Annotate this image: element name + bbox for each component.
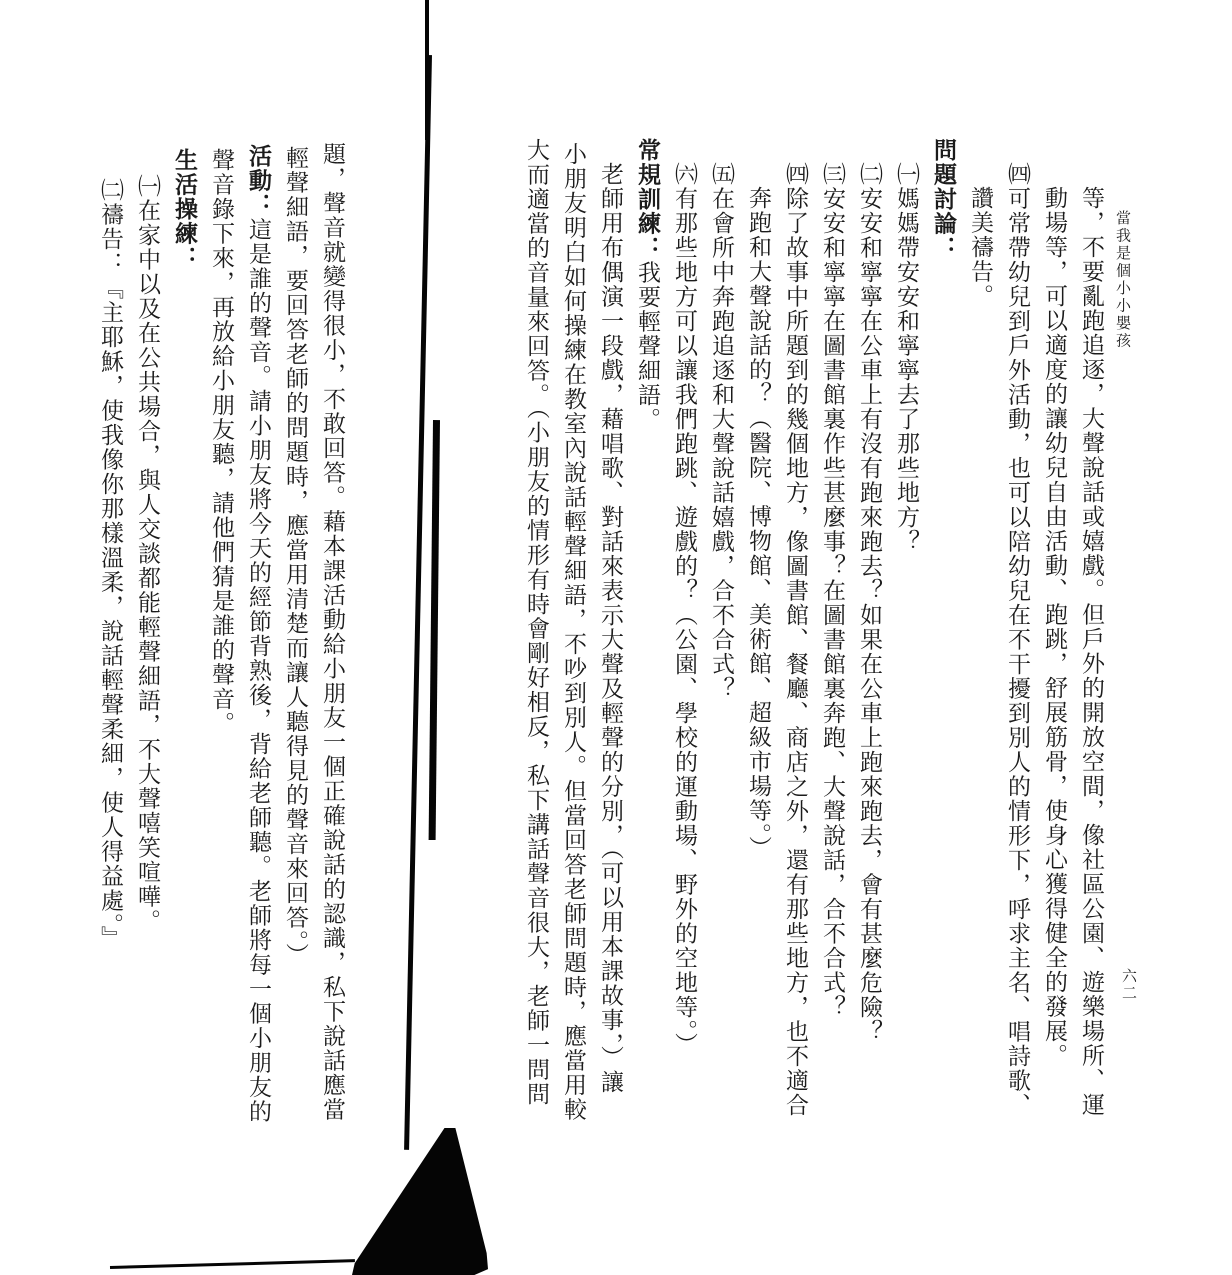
- book-fold-shadow: [352, 1128, 488, 1275]
- text-column-r1: 動場等，可以適度的讓幼兒自由活動、跑跳，舒展筋骨，使身心獲得健全的發展。: [1041, 136, 1068, 1236]
- book-fold-line-mid: [429, 420, 440, 840]
- text-column-l5: ㈠在家中以及在公共場合，與人交談都能輕聲細語，不大聲嘻笑喧嘩。: [134, 136, 161, 1254]
- running-title: 當我是個小小嬰孩: [1112, 210, 1133, 350]
- text-column-r0: 等，不要亂跑追逐，大聲說話或嬉戲。但戶外的開放空間，像社區公園、遊樂場所、運: [1078, 136, 1105, 1236]
- text-column-l0: 題，聲音就變得很小，不敢回答。藉本課活動給小朋友一個正確說話的認識，私下說話應當: [319, 136, 346, 1222]
- right-page-text: 等，不要亂跑追逐，大聲說話或嬉戲。但戶外的開放空間，像社區公園、遊樂場所、運 動…: [505, 136, 1105, 1186]
- left-page-text: 題，聲音就變得很小，不敢回答。藉本課活動給小朋友一個正確說話的認識，私下說話應當…: [80, 136, 346, 1216]
- text-column-r11: ㈥有那些地方可以讓我們跑跳、遊戲的？（公園、學校的運動場、野外的空地等。）: [671, 136, 698, 1212]
- section-header-routine-training: 常規訓練：我要輕聲細語。: [634, 136, 661, 1188]
- text-column-r10: ㈤在會所中奔跑追逐和大聲說話嬉戲，合不合式？: [708, 136, 735, 1212]
- scanned-book-page: 當我是個小小嬰孩 六二 等，不要亂跑追逐，大聲說話或嬉戲。但戶外的開放空間，像社…: [0, 0, 1232, 1275]
- section-heading: 生活操練：: [172, 148, 198, 271]
- section-header-question-discussion: 問題討論：: [930, 136, 957, 1188]
- text-column-r15: 大而適當的音量來回答。（小朋友的情形有時會剛好相反，私下講話聲音很大，老師一問問: [523, 136, 550, 1188]
- text-column-l3: 聲音錄下來，再放給小朋友聽，請他們猜是誰的聲音。: [208, 136, 235, 1228]
- text-column-l1: 輕聲細語，要回答老師的問題時，應當用清楚而讓人聽得見的聲音來回答。）: [282, 136, 309, 1226]
- text-column-r6: ㈡安安和寧寧在公車上有沒有跑來跑去？如果在公車上跑來跑去，會有甚麼危險？: [856, 136, 883, 1212]
- section-header-life-practice: 生活操練：: [171, 136, 198, 1228]
- text-column-r7: ㈢安安和寧寧在圖書館裏作些甚麼事？在圖書館裏奔跑、大聲說話，合不合式？: [819, 136, 846, 1212]
- book-fold-bottom-line: [110, 1259, 355, 1269]
- text-column-r8: ㈣除了故事中所題到的幾個地方，像圖書館、餐廳、商店之外，還有那些地方，也不適合: [782, 136, 809, 1212]
- text-column-r2: ㈣可常帶幼兒到戶外活動，也可以陪幼兒在不干擾到別人的情形下，呼求主名、唱詩歌、: [1004, 136, 1031, 1212]
- section-heading: 活動：: [246, 144, 272, 218]
- text-column-l6: ㈡禱告：『主耶穌，使我像你那樣溫柔，說話輕聲柔細，使人得益處。』: [97, 136, 124, 1258]
- page-number: 六二: [1118, 968, 1139, 1002]
- section-heading: 問題討論：: [931, 138, 957, 261]
- text-column-r13: 老師用布偶演一段戲，藉唱歌、對話來表示大聲及輕聲的分別，（可以用本課故事，）讓: [597, 136, 624, 1212]
- book-fold-line: [404, 55, 432, 1150]
- text-column-r5: ㈠媽媽帶安安和寧寧去了那些地方？: [893, 136, 920, 1212]
- section-heading: 常規訓練：: [635, 138, 661, 261]
- text-column-r3: 讚美禱告。: [967, 136, 994, 1236]
- text-column-r9: 奔跑和大聲說話的？（醫院、博物館、美術館、超級市場等。）: [745, 136, 772, 1236]
- text-column-r14: 小朋友明白如何操練在教室內說話輕聲細語，不吵到別人。但當回答老師問題時，應當用較: [560, 136, 587, 1192]
- section-header-activity: 活動：這是誰的聲音。請小朋友將今天的經節背熟後，背給老師聽。老師將每一個小朋友的: [245, 136, 272, 1224]
